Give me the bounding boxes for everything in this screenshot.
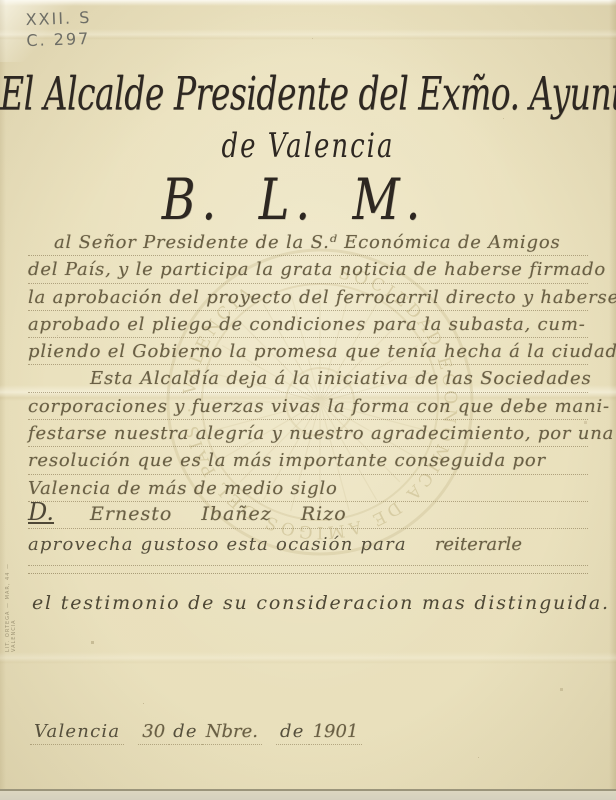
- archival-note-line2: C. 297: [26, 28, 92, 51]
- manuscript-line: resolución que es la más importante cons…: [28, 447, 588, 474]
- manuscript-line: del País, y le participa la grata notici…: [28, 256, 588, 283]
- date-month: Nbre.: [202, 721, 262, 745]
- paper-crease: [0, 29, 616, 40]
- closing-printed-text: aprovecha gustoso esta ocasión para: [28, 534, 407, 555]
- letterhead-salutation: B. L. M.: [0, 165, 602, 233]
- manuscript-line: aprobado el pliego de condiciones para l…: [28, 311, 588, 338]
- date-day: 30: [138, 721, 169, 745]
- manuscript-line: corporaciones y fuerzas vivas la forma c…: [28, 393, 588, 420]
- printer-imprint: LIT. ORTEGA — MAR, 44 — VALENCIA: [5, 552, 17, 652]
- date-de-2: de: [276, 721, 309, 745]
- paper-crease: [0, 652, 616, 664]
- manuscript-body: al Señor Presidente de la S.ᵈ Económica …: [28, 229, 588, 502]
- document-scan: · SOCIEDAD ECONOMICA DE AMIGOS DEL PAIS …: [0, 0, 616, 800]
- paper-edge-top: [0, 0, 616, 6]
- closing-line: aprovecha gustoso esta ocasión parareite…: [28, 534, 588, 566]
- courtesy-line: el testimonio de su consideracion mas di…: [32, 592, 592, 614]
- letterhead-subtitle: de Valencia: [0, 127, 616, 166]
- dotted-rule: [28, 572, 588, 574]
- manuscript-line: Esta Alcaldía deja á la iniciativa de la…: [28, 365, 588, 392]
- signer-prefix: D.: [28, 498, 54, 526]
- paper-edge-bottom: [0, 789, 616, 800]
- archival-note: XXII. S C. 297: [25, 7, 92, 51]
- manuscript-line: pliendo el Gobierno la promesa que tenía…: [28, 338, 588, 365]
- date-city: Valencia: [30, 721, 124, 745]
- signer-line: D.Ernesto Ibañez Rizo: [28, 498, 588, 529]
- manuscript-line: al Señor Presidente de la S.ᵈ Económica …: [28, 229, 588, 256]
- letterhead-title: El Alcalde Presidente del Exm̃o. Ayunt.o: [0, 66, 616, 121]
- letterhead-title-text: El Alcalde Presidente del Exm̃o. Ayunt.: [0, 66, 616, 121]
- archival-note-line1: XXII. S: [25, 7, 91, 30]
- manuscript-line: festarse nuestra alegría y nuestro agrad…: [28, 420, 588, 447]
- signer-name: Ernesto Ibañez Rizo: [90, 503, 347, 525]
- closing-handwritten-text: reiterarle: [435, 534, 522, 555]
- date-year: 1901: [309, 721, 363, 745]
- manuscript-line: la aprobación del proyecto del ferrocarr…: [28, 284, 588, 311]
- date-de-1: de: [169, 721, 202, 745]
- date-line: Valencia30deNbre.de1901: [30, 720, 362, 742]
- paper-speckles: [0, 0, 1, 1]
